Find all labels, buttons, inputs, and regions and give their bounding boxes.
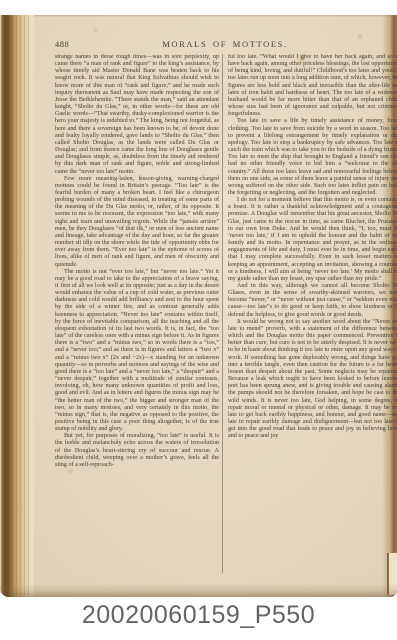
foxing-spot [92,27,99,33]
running-head: MORALS OF MOTTOES. [55,39,395,49]
text-column-left: strange names in those rough times—was i… [55,54,219,574]
paragraph: It would be wrong not to say another wor… [228,319,397,441]
paragraph: I do not for a moment believe that this … [228,197,397,283]
paragraph: Too late to save a life by timely assist… [228,118,397,197]
page-stack-lines [8,15,30,597]
text-column-right: ful too late. “What would I give to have… [228,54,397,574]
page-top-edge [30,15,397,17]
paragraph: The motto is not “ever too late,” but “n… [55,269,219,434]
paragraph: strange names in those rough times—was i… [55,54,219,176]
column-divider [222,54,223,573]
book-page-scan: 488 MORALS OF MOTTOES. strange names in … [0,15,397,597]
archive-id-label: 20020060159_P550 [0,601,397,630]
paragraph: Few more meaning-laden, lesson-giving, w… [55,176,219,269]
paragraph: ful too late. “What would I give to have… [228,54,397,118]
paragraph: And in this way, although we cannot all … [228,283,397,319]
paragraph: But yet, for purposes of moralizing, “to… [55,433,219,469]
